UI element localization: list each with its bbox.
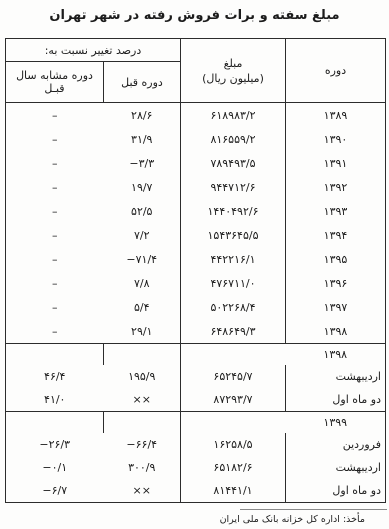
col-header-amount: مبلغ (میلیون ریال) xyxy=(181,39,286,103)
cell-amount: ۷۸۹۴۹۳/۵ xyxy=(181,151,286,175)
section-header-row-1398: ۱۳۹۸ xyxy=(6,344,386,366)
cell-period: ۱۳۹۴ xyxy=(286,223,386,247)
cell-prev-change: ۵۲/۵ xyxy=(104,199,181,223)
cell-prev-change: ۵/۴ xyxy=(104,295,181,319)
table-row-1399-farvardin: فروردین ۱۶۲۵۸/۵ −۶۶/۴ −۲۶/۳ xyxy=(6,433,386,456)
cell-period: ۱۳۹۷ xyxy=(286,295,386,319)
table-row-1394: ۱۳۹۴ ۱۵۴۳۶۴۵/۵ ۷/۲ – xyxy=(6,223,386,247)
cell-same-period-change: – xyxy=(6,199,104,223)
table-header: دوره مبلغ (میلیون ریال) درصد تغییر نسبت … xyxy=(6,39,386,103)
cell-same-period-change: −۶/۷ xyxy=(6,479,104,503)
cell-prev-change: ۱۹۵/۹ xyxy=(104,365,181,388)
header-row-group: دوره مبلغ (میلیون ریال) درصد تغییر نسبت … xyxy=(6,39,386,62)
table-row-1399-ordibehesht: اردیبهشت ۶۵۱۸۲/۶ ۳۰۰/۹ −۰/۱ xyxy=(6,456,386,479)
cell-period: اردیبهشت xyxy=(286,365,386,388)
table-row-1397: ۱۳۹۷ ۵۰۲۲۶۸/۴ ۵/۴ – xyxy=(6,295,386,319)
cell-same-period-change: – xyxy=(6,223,104,247)
cell-amount: ۹۴۴۷۱۲/۶ xyxy=(181,175,286,199)
table-row-1391: ۱۳۹۱ ۷۸۹۴۹۳/۵ −۳/۳ – xyxy=(6,151,386,175)
source-divider-line xyxy=(240,509,387,510)
section-header-row-1399: ۱۳۹۹ xyxy=(6,412,386,434)
cell-amount: ۶۵۲۴۵/۷ xyxy=(181,365,286,388)
cell-amount: ۱۴۴۰۴۹۲/۶ xyxy=(181,199,286,223)
cell-prev-change: ۳۱/۹ xyxy=(104,127,181,151)
document-page: مبلغ سفته و برات فروش رفته در شهر تهران … xyxy=(0,5,389,529)
source-note: مأخذ: اداره کل خزانه بانک ملی ایران xyxy=(0,509,389,525)
table-row-1396: ۱۳۹۶ ۴۷۶۷۱۱/۰ ۷/۸ – xyxy=(6,271,386,295)
cell-prev-change: ۲۹/۱ xyxy=(104,319,181,344)
cell-prev-change: ۷/۸ xyxy=(104,271,181,295)
cell-period: ۱۳۹۰ xyxy=(286,127,386,151)
cell-period: اردیبهشت xyxy=(286,456,386,479)
cell-same-period-change: – xyxy=(6,271,104,295)
cell-prev-change: ۳۰۰/۹ xyxy=(104,456,181,479)
cell-amount: ۱۵۴۳۶۴۵/۵ xyxy=(181,223,286,247)
cell-period: ۱۳۹۱ xyxy=(286,151,386,175)
cell-same-period-change: – xyxy=(6,151,104,175)
cell-amount: ۶۴۸۶۴۹/۳ xyxy=(181,319,286,344)
cell-same-period-change: ۴۱/۰ xyxy=(6,388,104,412)
cell-same-period-change: – xyxy=(6,103,104,128)
table-body: ۱۳۸۹ ۶۱۸۹۸۳/۲ ۲۸/۶ – ۱۳۹۰ ۸۱۶۵۵۹/۲ ۳۱/۹ … xyxy=(6,103,386,503)
cell-period: ۱۳۹۵ xyxy=(286,247,386,271)
source-text: مأخذ: اداره کل خزانه بانک ملی ایران xyxy=(0,514,365,525)
cell-amount: ۴۷۶۷۱۱/۰ xyxy=(181,271,286,295)
col-header-amount-line2: (میلیون ریال) xyxy=(181,71,285,86)
cell-period: فروردین xyxy=(286,433,386,456)
cell-same-period-change: – xyxy=(6,319,104,344)
cell-empty xyxy=(181,344,286,366)
table-row-1395: ۱۳۹۵ ۴۴۲۲۱۶/۱ −۷۱/۴ – xyxy=(6,247,386,271)
cell-period: ۱۳۸۹ xyxy=(286,103,386,128)
table-row-1398: ۱۳۹۸ ۶۴۸۶۴۹/۳ ۲۹/۱ – xyxy=(6,319,386,344)
cell-prev-change: ۲۸/۶ xyxy=(104,103,181,128)
table-row-1398-ordibehesht: اردیبهشت ۶۵۲۴۵/۷ ۱۹۵/۹ ۴۶/۴ xyxy=(6,365,386,388)
cell-empty xyxy=(181,412,286,434)
cell-period: ۱۳۹۳ xyxy=(286,199,386,223)
cell-section-year: ۱۳۹۸ xyxy=(286,344,386,366)
cell-period: دو ماه اول xyxy=(286,388,386,412)
cell-prev-change: −۶۶/۴ xyxy=(104,433,181,456)
cell-amount: ۱۶۲۵۸/۵ xyxy=(181,433,286,456)
cell-section-year: ۱۳۹۹ xyxy=(286,412,386,434)
cell-amount: ۸۷۲۹۳/۷ xyxy=(181,388,286,412)
data-table: دوره مبلغ (میلیون ریال) درصد تغییر نسبت … xyxy=(5,38,386,503)
cell-prev-change: ×× xyxy=(104,388,181,412)
cell-amount: ۵۰۲۲۶۸/۴ xyxy=(181,295,286,319)
cell-period: ۱۳۹۶ xyxy=(286,271,386,295)
cell-prev-change: −۳/۳ xyxy=(104,151,181,175)
table-row-1389: ۱۳۸۹ ۶۱۸۹۸۳/۲ ۲۸/۶ – xyxy=(6,103,386,128)
cell-prev-change: ×× xyxy=(104,479,181,503)
table-row-1392: ۱۳۹۲ ۹۴۴۷۱۲/۶ ۱۹/۷ – xyxy=(6,175,386,199)
cell-same-period-change: – xyxy=(6,295,104,319)
cell-empty xyxy=(104,344,181,366)
cell-empty xyxy=(6,344,104,366)
cell-prev-change: ۱۹/۷ xyxy=(104,175,181,199)
cell-same-period-change: – xyxy=(6,175,104,199)
cell-same-period-change: −۰/۱ xyxy=(6,456,104,479)
cell-amount: ۶۵۱۸۲/۶ xyxy=(181,456,286,479)
cell-same-period-change: ۴۶/۴ xyxy=(6,365,104,388)
cell-amount: ۸۱۴۴۱/۱ xyxy=(181,479,286,503)
cell-amount: ۴۴۲۲۱۶/۱ xyxy=(181,247,286,271)
col-header-period: دوره xyxy=(286,39,386,103)
page-title: مبلغ سفته و برات فروش رفته در شهر تهران xyxy=(0,5,389,26)
table-row-1399-first-two-months: دو ماه اول ۸۱۴۴۱/۱ ×× −۶/۷ xyxy=(6,479,386,503)
cell-period: ۱۳۹۸ xyxy=(286,319,386,344)
cell-period: دو ماه اول xyxy=(286,479,386,503)
cell-prev-change: ۷/۲ xyxy=(104,223,181,247)
cell-amount: ۸۱۶۵۵۹/۲ xyxy=(181,127,286,151)
col-header-prev-period: دوره قبل xyxy=(104,62,181,103)
cell-same-period-change: – xyxy=(6,127,104,151)
cell-empty xyxy=(104,412,181,434)
cell-period: ۱۳۹۲ xyxy=(286,175,386,199)
cell-same-period-change: – xyxy=(6,247,104,271)
col-header-pct-change-group: درصد تغییر نسبت به: xyxy=(6,39,181,62)
col-header-amount-line1: مبلغ xyxy=(181,56,285,71)
table-row-1390: ۱۳۹۰ ۸۱۶۵۵۹/۲ ۳۱/۹ – xyxy=(6,127,386,151)
cell-same-period-change: −۲۶/۳ xyxy=(6,433,104,456)
cell-empty xyxy=(6,412,104,434)
table-row-1393: ۱۳۹۳ ۱۴۴۰۴۹۲/۶ ۵۲/۵ – xyxy=(6,199,386,223)
cell-amount: ۶۱۸۹۸۳/۲ xyxy=(181,103,286,128)
col-header-same-period-prev-year: دوره مشابه سال قبـل xyxy=(6,62,104,103)
table-row-1398-first-two-months: دو ماه اول ۸۷۲۹۳/۷ ×× ۴۱/۰ xyxy=(6,388,386,412)
cell-prev-change: −۷۱/۴ xyxy=(104,247,181,271)
